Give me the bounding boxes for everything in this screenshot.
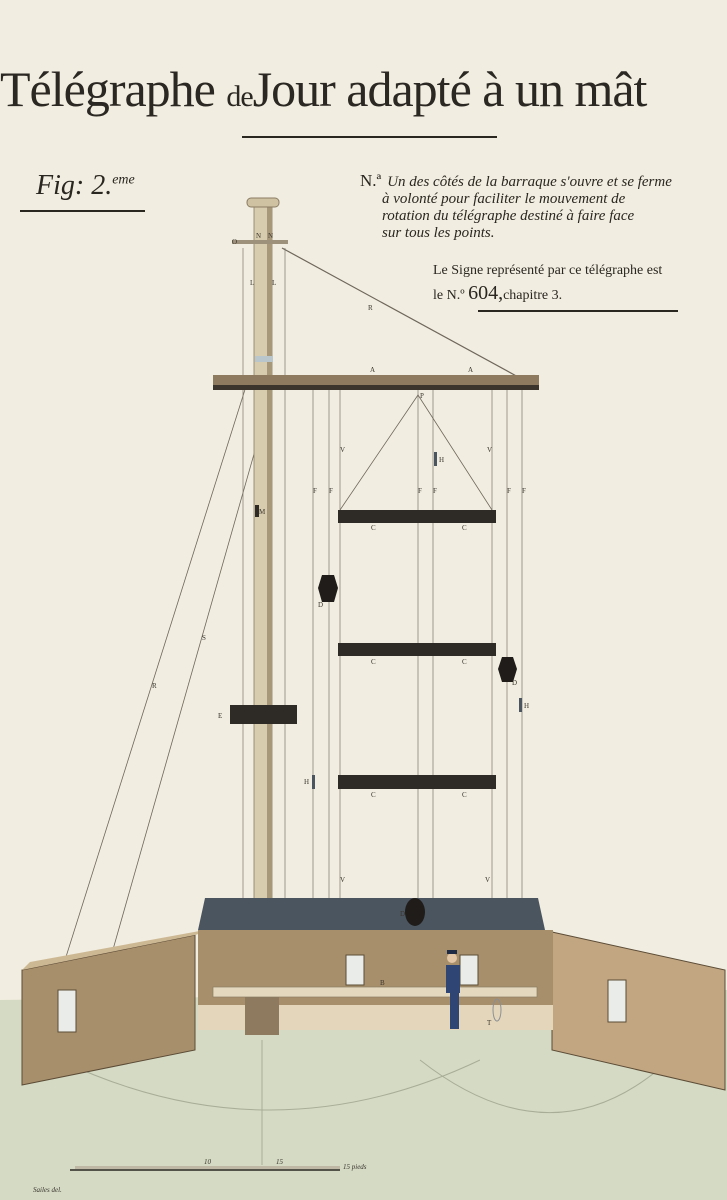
svg-text:H: H — [439, 456, 444, 464]
rope-r-left — [65, 380, 248, 960]
cords — [243, 248, 522, 990]
svg-text:D: D — [512, 679, 517, 687]
svg-text:F: F — [418, 487, 422, 495]
slat-1 — [338, 510, 496, 523]
svg-text:V: V — [485, 876, 490, 884]
svg-text:C: C — [462, 791, 467, 799]
svg-text:C: C — [371, 791, 376, 799]
scale-bar-fill — [75, 1166, 340, 1169]
svg-text:C: C — [462, 524, 467, 532]
svg-text:O: O — [232, 238, 237, 246]
hut-window — [346, 955, 364, 985]
svg-text:F: F — [433, 487, 437, 495]
svg-text:L: L — [272, 279, 276, 287]
scale-tick-10: 10 — [204, 1158, 211, 1166]
pulley-ropes — [340, 395, 492, 510]
rope-s-left — [110, 440, 258, 960]
mast-collar — [255, 356, 273, 362]
hut-counterweight — [405, 898, 425, 926]
operator-hat — [447, 950, 457, 954]
operator-head — [447, 953, 457, 963]
svg-text:F: F — [329, 487, 333, 495]
handle-h — [312, 775, 315, 789]
svg-text:A: A — [468, 366, 473, 374]
left-door-window — [58, 990, 76, 1032]
svg-text:P: P — [420, 392, 424, 400]
svg-text:R: R — [152, 682, 157, 690]
handle-h — [519, 698, 522, 712]
mast-crossbar-top — [232, 240, 288, 244]
operator-body — [446, 965, 460, 993]
svg-text:H: H — [524, 702, 529, 710]
svg-text:F: F — [313, 487, 317, 495]
slat-3 — [338, 775, 496, 789]
svg-text:C: C — [462, 658, 467, 666]
svg-text:N: N — [256, 232, 261, 240]
handle-h — [434, 452, 437, 466]
slat-2 — [338, 643, 496, 656]
main-arm-shadow — [213, 385, 539, 390]
svg-text:F: F — [522, 487, 526, 495]
mast-cap — [247, 198, 279, 207]
svg-text:R: R — [368, 304, 373, 312]
counterweight-d — [318, 575, 338, 602]
svg-text:D: D — [318, 601, 323, 609]
svg-text:V: V — [340, 446, 345, 454]
scale-tick-15: 15 — [276, 1158, 283, 1166]
hut-window — [460, 955, 478, 985]
rotating-beam-b — [213, 987, 537, 997]
svg-text:S: S — [202, 634, 206, 642]
svg-text:C: C — [371, 658, 376, 666]
scale-unit: 15 pieds — [343, 1163, 367, 1171]
svg-text:T: T — [487, 1019, 492, 1027]
telegraph-drawing: ONN LL RRS AA P CC CC CC DDD HHH ME BT F… — [0, 0, 727, 1200]
svg-text:D: D — [400, 910, 405, 918]
svg-text:V: V — [340, 876, 345, 884]
svg-text:A: A — [370, 366, 375, 374]
svg-text:E: E — [218, 712, 222, 720]
svg-text:B: B — [380, 979, 385, 987]
svg-text:H: H — [304, 778, 309, 786]
svg-text:M: M — [259, 508, 266, 516]
rope-r-diag — [282, 248, 520, 378]
svg-text:V: V — [487, 446, 492, 454]
operator-legs — [450, 993, 459, 1029]
svg-text:F: F — [507, 487, 511, 495]
mast-shade — [267, 205, 272, 1005]
right-door-window — [608, 980, 626, 1022]
sleeve-e — [230, 705, 297, 724]
svg-text:L: L — [250, 279, 254, 287]
svg-text:C: C — [371, 524, 376, 532]
hut-roof — [198, 898, 545, 930]
svg-text:N: N — [268, 232, 273, 240]
main-arm — [213, 375, 539, 385]
engraver-signature: Sailes del. — [33, 1186, 62, 1194]
